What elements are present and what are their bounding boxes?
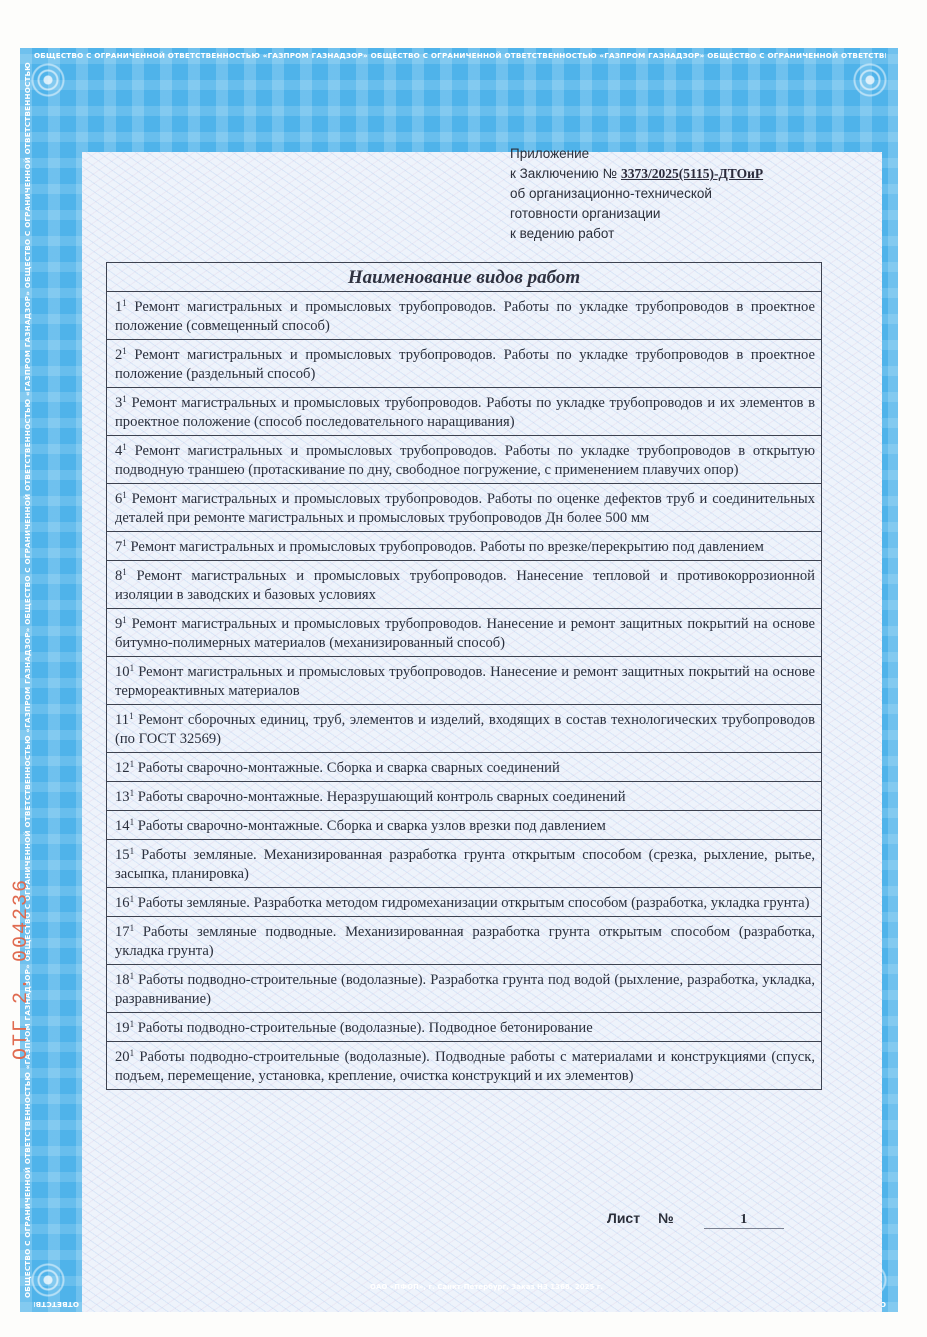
table-row: 41 Ремонт магистральных и промысловых тр… [107, 436, 822, 484]
work-type-cell: 141 Работы сварочно-монтажные. Сборка и … [107, 811, 822, 840]
work-type-cell: 101 Ремонт магистральных и промысловых т… [107, 657, 822, 705]
work-description: Работы подводно-строительные (водолазные… [115, 972, 815, 1007]
table-row: 171 Работы земляные подводные. Механизир… [107, 917, 822, 965]
appendix-line-5: к ведению работ [510, 224, 763, 244]
work-type-cell: 181 Работы подводно-строительные (водола… [107, 965, 822, 1013]
work-type-cell: 21 Ремонт магистральных и промысловых тр… [107, 340, 822, 388]
work-number-superscript: 1 [122, 298, 127, 308]
work-number-superscript: 1 [122, 442, 127, 452]
work-number-superscript: 1 [122, 394, 127, 404]
works-table-header: Наименование видов работ [107, 263, 822, 292]
table-row: 31 Ремонт магистральных и промысловых тр… [107, 388, 822, 436]
work-description: Ремонт магистральных и промысловых трубо… [130, 539, 763, 555]
corner-ornament-icon [30, 1262, 66, 1298]
work-type-cell: 161 Работы земляные. Разработка методом … [107, 888, 822, 917]
work-type-cell: 131 Работы сварочно-монтажные. Неразруша… [107, 782, 822, 811]
work-number-superscript: 1 [130, 1048, 135, 1058]
work-description: Работы сварочно-монтажные. Сборка и свар… [138, 760, 560, 776]
appendix-header: Приложение к Заключению №3373/2025(5115)… [510, 144, 763, 244]
work-description: Ремонт магистральных и промысловых трубо… [115, 347, 815, 382]
work-description: Ремонт сборочных единиц, труб, элементов… [115, 712, 815, 747]
table-row: 181 Работы подводно-строительные (водола… [107, 965, 822, 1013]
work-number-superscript: 1 [130, 971, 135, 981]
work-type-cell: 81 Ремонт магистральных и промысловых тр… [107, 561, 822, 609]
conclusion-number: 3373/2025(5115)-ДТОиР [621, 166, 763, 181]
work-number: 17 [115, 924, 130, 940]
work-number: 16 [115, 895, 130, 911]
appendix-line-3: об организационно-технической [510, 184, 763, 204]
work-type-cell: 31 Ремонт магистральных и промысловых тр… [107, 388, 822, 436]
serial-number: ОТГ 2. 004236 [10, 878, 33, 1060]
border-text-left: ОБЩЕСТВО С ОГРАНИЧЕННОЙ ОТВЕТСТВЕННОСТЬЮ… [23, 62, 32, 1298]
table-row: 81 Ремонт магистральных и промысловых тр… [107, 561, 822, 609]
table-row: 71 Ремонт магистральных и промысловых тр… [107, 532, 822, 561]
work-description: Работы сварочно-монтажные. Сборка и свар… [138, 818, 606, 834]
sheet-no-label: № [658, 1210, 674, 1226]
work-description: Ремонт магистральных и промысловых трубо… [115, 299, 815, 334]
sheet-number: Лист№1 [607, 1210, 784, 1229]
work-description: Ремонт магистральных и промысловых трубо… [115, 491, 815, 526]
corner-ornament-icon [852, 62, 888, 98]
work-number-superscript: 1 [130, 846, 135, 856]
work-number-superscript: 1 [130, 788, 135, 798]
table-row: 131 Работы сварочно-монтажные. Неразруша… [107, 782, 822, 811]
work-description: Ремонт магистральных и промысловых трубо… [115, 443, 815, 478]
work-number: 15 [115, 847, 130, 863]
work-type-cell: 111 Ремонт сборочных единиц, труб, элеме… [107, 705, 822, 753]
printer-imprint: ОАО «ПФОП», г. Санкт-Петербург, Заказ НЗ… [370, 1283, 603, 1291]
work-number: 20 [115, 1049, 130, 1065]
work-number-superscript: 1 [130, 894, 135, 904]
work-number-superscript: 1 [130, 663, 135, 673]
appendix-reference: к Заключению №3373/2025(5115)-ДТОиР [510, 164, 763, 184]
work-number-superscript: 1 [130, 759, 135, 769]
work-number: 10 [115, 664, 130, 680]
corner-ornament-icon [30, 62, 66, 98]
table-row: 21 Ремонт магистральных и промысловых тр… [107, 340, 822, 388]
table-row: 101 Ремонт магистральных и промысловых т… [107, 657, 822, 705]
table-row: 201 Работы подводно-строительные (водола… [107, 1042, 822, 1090]
work-description: Работы подводно-строительные (водолазные… [138, 1020, 593, 1036]
sheet-label: Лист [607, 1210, 640, 1226]
table-row: 11 Ремонт магистральных и промысловых тр… [107, 292, 822, 340]
work-description: Работы сварочно-монтажные. Неразрушающий… [138, 789, 626, 805]
work-number-superscript: 1 [122, 346, 127, 356]
work-description: Работы подводно-строительные (водолазные… [115, 1049, 815, 1084]
work-description: Работы земляные подводные. Механизирован… [115, 924, 815, 959]
work-number: 19 [115, 1020, 130, 1036]
work-type-cell: 201 Работы подводно-строительные (водола… [107, 1042, 822, 1090]
work-number-superscript: 1 [122, 490, 127, 500]
work-type-cell: 191 Работы подводно-строительные (водола… [107, 1013, 822, 1042]
work-description: Работы земляные. Механизированная разраб… [115, 847, 815, 882]
appendix-line-4: готовности организации [510, 204, 763, 224]
work-type-cell: 171 Работы земляные подводные. Механизир… [107, 917, 822, 965]
works-table-body: 11 Ремонт магистральных и промысловых тр… [107, 292, 822, 1090]
work-number-superscript: 1 [122, 567, 127, 577]
work-number-superscript: 1 [130, 1019, 135, 1029]
work-description: Ремонт магистральных и промысловых трубо… [115, 616, 815, 651]
appendix-prefix: к Заключению № [510, 166, 617, 181]
table-row: 191 Работы подводно-строительные (водола… [107, 1013, 822, 1042]
work-number-superscript: 1 [129, 711, 134, 721]
table-row: 151 Работы земляные. Механизированная ра… [107, 840, 822, 888]
border-text-top: ОБЩЕСТВО С ОГРАНИЧЕННОЙ ОТВЕТСТВЕННОСТЬЮ… [34, 51, 886, 60]
work-description: Ремонт магистральных и промысловых трубо… [115, 395, 815, 430]
work-number: 12 [115, 760, 130, 776]
table-row: 141 Работы сварочно-монтажные. Сборка и … [107, 811, 822, 840]
work-number-superscript: 1 [122, 538, 127, 548]
appendix-title: Приложение [510, 144, 763, 164]
sheet-value: 1 [704, 1212, 784, 1229]
table-row: 121 Работы сварочно-монтажные. Сборка и … [107, 753, 822, 782]
table-row: 91 Ремонт магистральных и промысловых тр… [107, 609, 822, 657]
work-type-cell: 11 Ремонт магистральных и промысловых тр… [107, 292, 822, 340]
work-type-cell: 121 Работы сварочно-монтажные. Сборка и … [107, 753, 822, 782]
works-table: Наименование видов работ 11 Ремонт магис… [106, 262, 822, 1090]
work-type-cell: 151 Работы земляные. Механизированная ра… [107, 840, 822, 888]
table-row: 61 Ремонт магистральных и промысловых тр… [107, 484, 822, 532]
work-description: Работы земляные. Разработка методом гидр… [138, 895, 810, 911]
work-number-superscript: 1 [122, 615, 127, 625]
work-number: 14 [115, 818, 130, 834]
work-description: Ремонт магистральных и промысловых трубо… [115, 664, 815, 699]
table-row: 111 Ремонт сборочных единиц, труб, элеме… [107, 705, 822, 753]
work-description: Ремонт магистральных и промысловых трубо… [115, 568, 815, 603]
work-type-cell: 41 Ремонт магистральных и промысловых тр… [107, 436, 822, 484]
work-number-superscript: 1 [130, 923, 135, 933]
work-type-cell: 71 Ремонт магистральных и промысловых тр… [107, 532, 822, 561]
work-type-cell: 61 Ремонт магистральных и промысловых тр… [107, 484, 822, 532]
work-number: 13 [115, 789, 130, 805]
work-number: 11 [115, 712, 129, 728]
work-number-superscript: 1 [130, 817, 135, 827]
work-number: 18 [115, 972, 130, 988]
table-row: 161 Работы земляные. Разработка методом … [107, 888, 822, 917]
work-type-cell: 91 Ремонт магистральных и промысловых тр… [107, 609, 822, 657]
